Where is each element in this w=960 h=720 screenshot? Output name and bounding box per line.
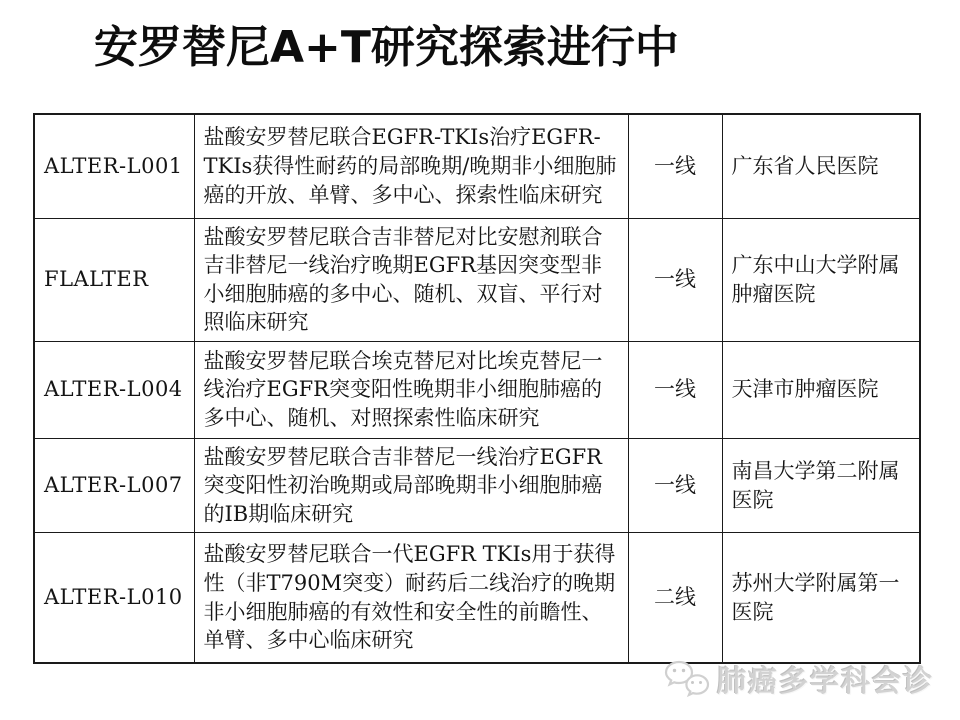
hospital-cell: 南昌大学第二附属医院	[722, 438, 920, 533]
treatment-line-cell: 一线	[628, 218, 722, 341]
table-row: ALTER-L004 盐酸安罗替尼联合埃克替尼对比埃克替尼一线治疗EGFR突变阳…	[34, 341, 920, 438]
studies-table: ALTER-L001 盐酸安罗替尼联合EGFR-TKIs治疗EGFR-TKIs获…	[33, 113, 921, 664]
treatment-line-cell: 一线	[628, 341, 722, 438]
study-id-cell: ALTER-L004	[34, 341, 194, 438]
study-description-cell: 盐酸安罗替尼联合EGFR-TKIs治疗EGFR-TKIs获得性耐药的局部晚期/晚…	[194, 114, 628, 218]
watermark-text: 肺癌多学科会诊	[717, 659, 934, 700]
study-description-cell: 盐酸安罗替尼联合吉非替尼一线治疗EGFR突变阳性初治晚期或局部晚期非小细胞肺癌的…	[194, 438, 628, 533]
treatment-line-cell: 一线	[628, 114, 722, 218]
hospital-cell: 苏州大学附属第一医院	[722, 533, 920, 663]
table-row: ALTER-L010 盐酸安罗替尼联合一代EGFR TKIs用于获得性（非T79…	[34, 533, 920, 663]
hospital-cell: 广东中山大学附属肿瘤医院	[722, 218, 920, 341]
study-id-cell: ALTER-L007	[34, 438, 194, 533]
table-row: ALTER-L001 盐酸安罗替尼联合EGFR-TKIs治疗EGFR-TKIs获…	[34, 114, 920, 218]
study-id-cell: FLALTER	[34, 218, 194, 341]
table-row: ALTER-L007 盐酸安罗替尼联合吉非替尼一线治疗EGFR突变阳性初治晚期或…	[34, 438, 920, 533]
study-description-cell: 盐酸安罗替尼联合一代EGFR TKIs用于获得性（非T790M突变）耐药后二线治…	[194, 533, 628, 663]
page-title: 安罗替尼A+T研究探索进行中	[94, 24, 679, 72]
study-id-cell: ALTER-L010	[34, 533, 194, 663]
slide: 安罗替尼A+T研究探索进行中 ALTER-L001 盐酸安罗替尼联合EGFR-T…	[0, 0, 960, 720]
study-description-cell: 盐酸安罗替尼联合吉非替尼对比安慰剂联合吉非替尼一线治疗晚期EGFR基因突变型非小…	[194, 218, 628, 341]
hospital-cell: 天津市肿瘤医院	[722, 341, 920, 438]
table-row: FLALTER 盐酸安罗替尼联合吉非替尼对比安慰剂联合吉非替尼一线治疗晚期EGF…	[34, 218, 920, 341]
wechat-icon	[664, 659, 710, 699]
study-id-cell: ALTER-L001	[34, 114, 194, 218]
watermark: 肺癌多学科会诊	[664, 656, 934, 702]
hospital-cell: 广东省人民医院	[722, 114, 920, 218]
treatment-line-cell: 二线	[628, 533, 722, 663]
study-description-cell: 盐酸安罗替尼联合埃克替尼对比埃克替尼一线治疗EGFR突变阳性晚期非小细胞肺癌的多…	[194, 341, 628, 438]
treatment-line-cell: 一线	[628, 438, 722, 533]
